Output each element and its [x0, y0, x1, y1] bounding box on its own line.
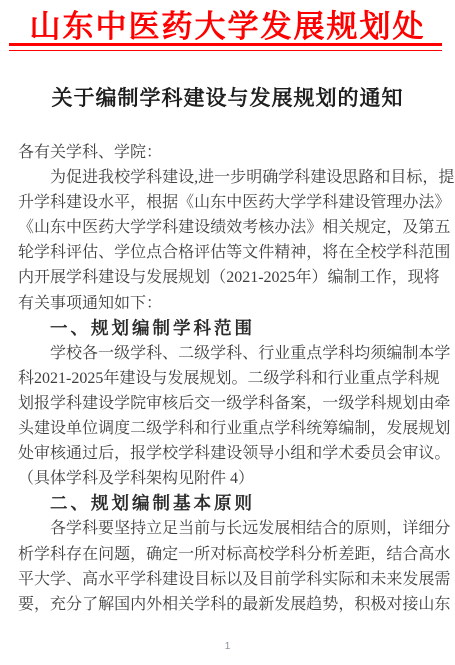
body-text: 各有关学科、学院：为促进我校学科建设,进一步明确学科建设思路和目标，提升学科建设… — [18, 140, 437, 617]
body-line: （具体学科及学科架构见附件 4） — [18, 466, 437, 491]
section-heading: 一、规划编制学科范围 — [18, 316, 437, 341]
body-line: 《山东中医药大学学科建设绩效考核办法》相关规定，及第五 — [18, 215, 437, 240]
body-line: 升学科建设水平，根据《山东中医药大学学科建设管理办法》 — [18, 190, 437, 215]
body-line: 各学科要坚持立足当前与长远发展相结合的原则，详细分 — [18, 516, 437, 541]
body-line: 划报学科建设学院审核后交一级学科备案，一级学科规划由牵 — [18, 391, 437, 416]
letterhead-rule-thick — [9, 43, 442, 46]
body-line: 要，充分了解国内外相关学科的最新发展趋势，积极对接山东 — [18, 592, 437, 617]
body-line: 处审核通过后，报学校学科建设领导小组和学术委员会审议。 — [18, 441, 437, 466]
body-line: 各有关学科、学院： — [18, 140, 437, 165]
letterhead-title: 山东中医药大学发展规划处 — [0, 1, 455, 46]
body-line: 学校各一级学科、二级学科、行业重点学科均须编制本学 — [18, 341, 437, 366]
body-line: 轮学科评估、学位点合格评估等文件精神，将在全校学科范围 — [18, 240, 437, 265]
body-line: 有关事项通知如下： — [18, 291, 437, 316]
notice-title: 关于编制学科建设与发展规划的通知 — [0, 82, 455, 112]
body-line: 为促进我校学科建设,进一步明确学科建设思路和目标，提 — [18, 165, 437, 190]
section-heading: 二、规划编制基本原则 — [18, 491, 437, 516]
body-line: 科 2021-2025 年建设与发展规划。二级学科和行业重点学科规 — [18, 366, 437, 391]
letterhead-rule-thin — [9, 50, 442, 51]
document-page: 山东中医药大学发展规划处 关于编制学科建设与发展规划的通知 各有关学科、学院：为… — [0, 0, 455, 665]
body-line: 析学科存在问题，确定一所对标高校学科分析差距，结合高水 — [18, 542, 437, 567]
body-line: 头建设单位调度二级学科和行业重点学科统筹编制，发展规划 — [18, 416, 437, 441]
page-number: 1 — [0, 641, 455, 652]
body-line: 内开展学科建设与发展规划（2021-2025 年）编制工作，现将 — [18, 265, 437, 290]
body-line: 平大学、高水平学科建设目标以及目前学科实际和未来发展需 — [18, 567, 437, 592]
